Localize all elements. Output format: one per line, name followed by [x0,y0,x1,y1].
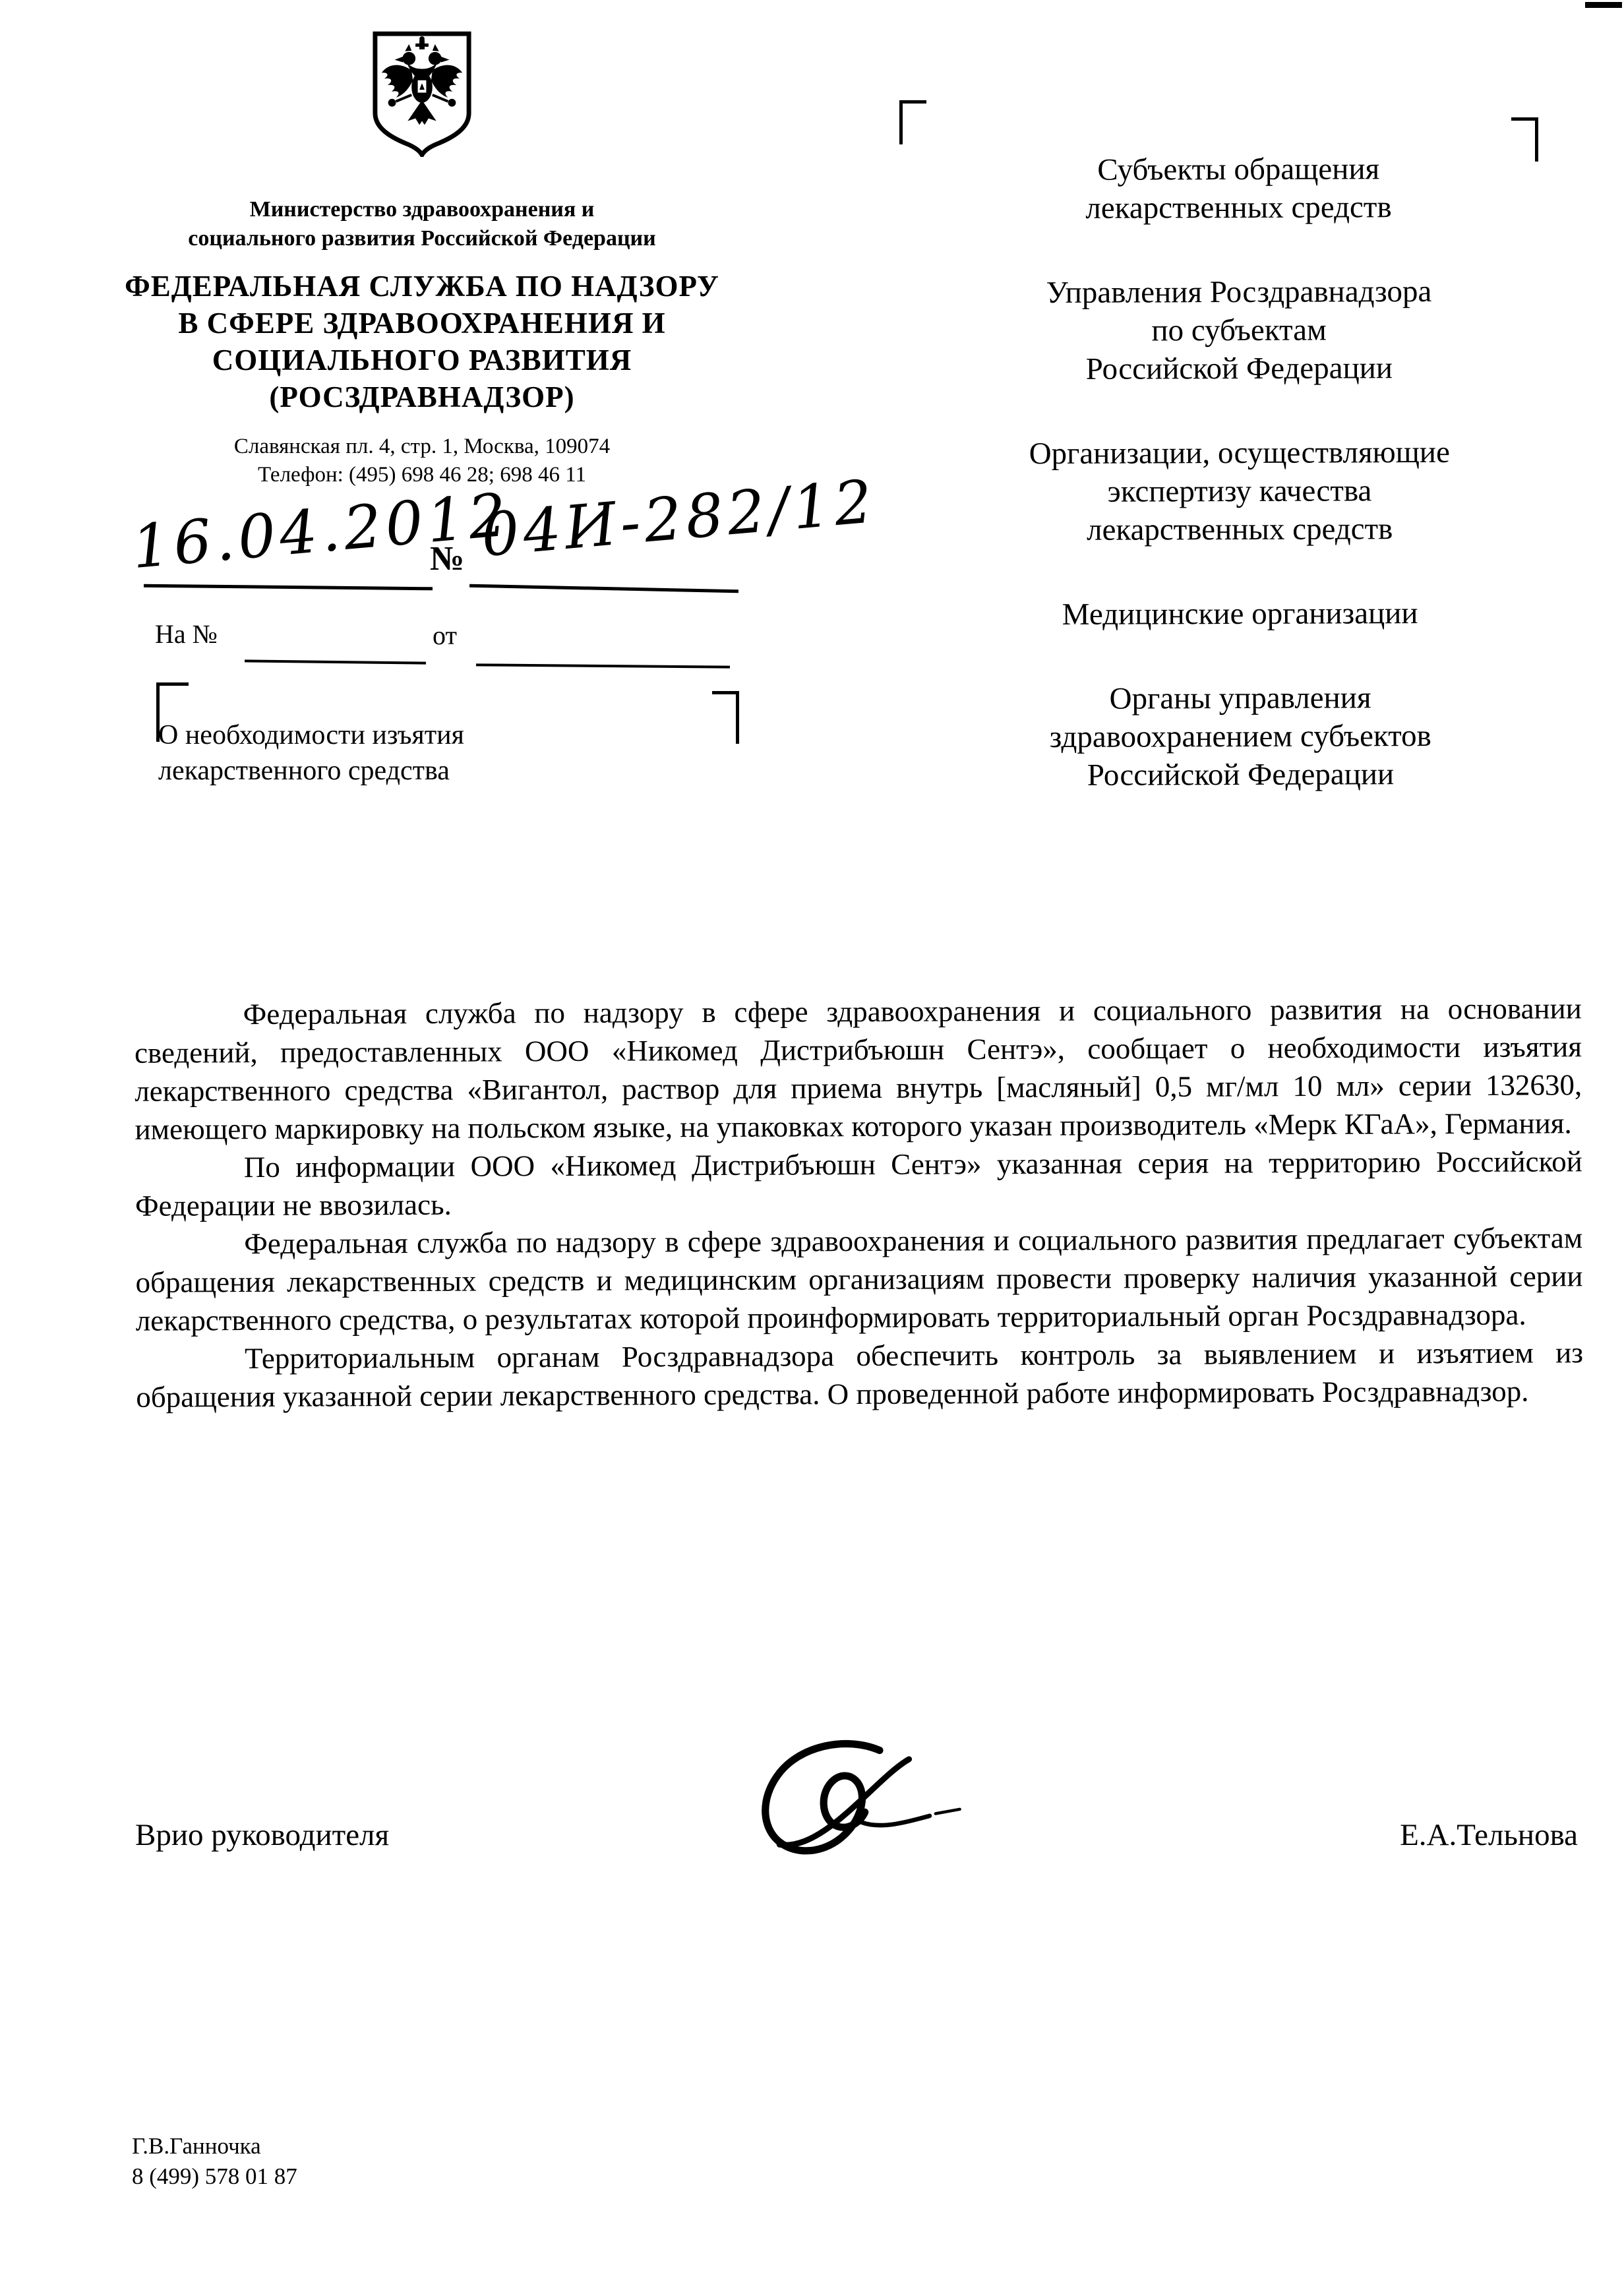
body-paragraph: Федеральная служба по надзору в сфере зд… [135,1219,1583,1340]
signer-name: Е.А.Тельнова [1400,1817,1578,1853]
service-address: Славянская пл. 4, стр. 1, Москва, 109074… [112,433,732,489]
scan-artifact-dash [1585,2,1622,8]
document-page: Министерство здравоохранения и социально… [0,0,1624,2294]
service-name: ФЕДЕРАЛЬНАЯ СЛУЖБА ПО НАДЗОРУ В СФЕРЕ ЗД… [112,268,732,415]
ministry-name: Министерство здравоохранения и социально… [112,195,732,253]
corner-bracket-subject-right [712,691,739,744]
reply-number-blank [245,659,426,664]
recipient-group: Субъекты обращения лекарственных средств [909,149,1568,227]
executor-contact: Г.В.Ганночка 8 (499) 578 01 87 [132,2131,297,2192]
recipient-group: Организации, осуществляющие экспертизу к… [910,433,1570,549]
address-line: Славянская пл. 4, стр. 1, Москва, 109074 [112,433,732,461]
phone-line: Телефон: (495) 698 46 28; 698 46 11 [112,461,732,489]
number-underline [469,584,738,593]
corner-bracket-recipients-left [899,100,926,144]
date-underline [144,584,433,591]
executor-phone: 8 (499) 578 01 87 [132,2161,297,2192]
body-paragraph: Территориальным органам Росздравнадзора … [136,1333,1583,1416]
number-sign: № [430,539,464,578]
recipient-group: Управления Росздравнадзора по субъектам … [909,272,1569,388]
executor-name: Г.В.Ганночка [132,2131,297,2161]
body-paragraph: Федеральная служба по надзору в сфере зд… [135,989,1582,1149]
letter-body: Федеральная служба по надзору в сфере зд… [135,989,1584,1416]
subject-line: О необходимости изъятия лекарственного с… [158,717,464,789]
body-paragraph: По информации ООО «Никомед Дистрибъюшн С… [135,1142,1582,1225]
reply-date-blank [476,663,730,668]
reply-from-label: от [433,620,457,651]
reply-to-label: На № [155,619,218,649]
letterhead: Министерство здравоохранения и социально… [112,30,732,489]
recipient-group: Органы управления здравоохранением субъе… [911,678,1571,795]
recipients-block: Субъекты обращения лекарственных средств… [909,149,1571,841]
recipient-group: Медицинские организации [911,593,1570,634]
signer-title: Врио руководителя [135,1817,389,1853]
coat-of-arms-icon [370,30,474,157]
signature-icon [735,1734,986,1874]
